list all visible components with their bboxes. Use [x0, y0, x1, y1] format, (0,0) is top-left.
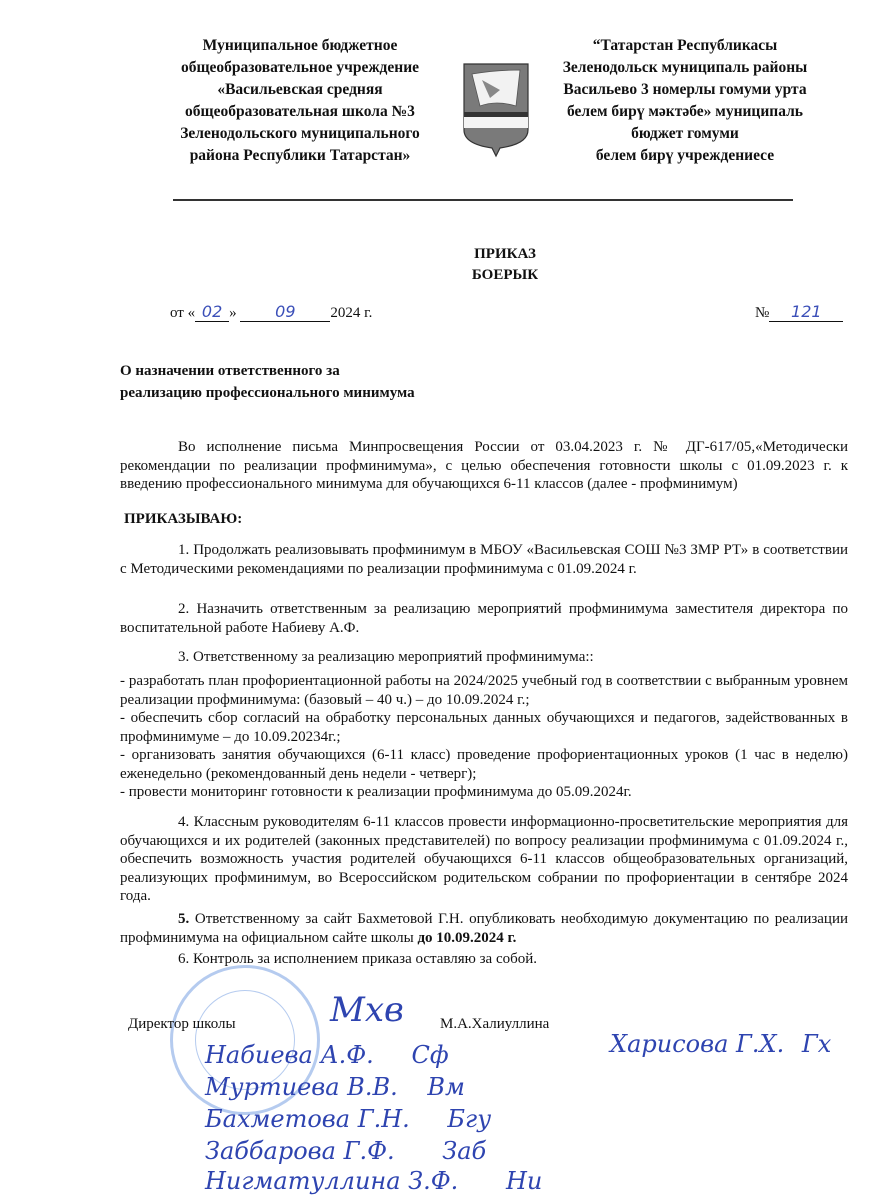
ack-name: Нигматуллина З.Ф.: [205, 1167, 458, 1195]
date-year: 2024 г.: [330, 305, 372, 321]
ack-entry: Заббарова Г.Ф. Заб: [205, 1136, 486, 1166]
order-subject: О назначении ответственного за реализаци…: [120, 360, 415, 404]
ack-name: Харисова Г.Х.: [610, 1030, 784, 1058]
bullet-item: - обеспечить сбор согласий на обработку …: [120, 709, 848, 746]
header-right-line: Зеленодольск муниципаль районы: [535, 57, 835, 79]
date-month: 09: [240, 302, 330, 322]
header-right-line: “Татарстан Республикасы: [535, 35, 835, 57]
header-left-line: общеобразовательное учреждение: [150, 57, 450, 79]
ack-name: Бахметова Г.Н.: [205, 1105, 410, 1133]
header-divider: [173, 199, 793, 201]
item-number: 5.: [178, 911, 189, 927]
signatory-title: Директор школы: [128, 1016, 236, 1033]
order-item-5: 5. Ответственному за сайт Бахметовой Г.Н…: [120, 910, 848, 947]
header-right-line: бюджет гомуми: [535, 123, 835, 145]
header-right-line: Васильево 3 номерлы гомуми урта: [535, 79, 835, 101]
item-3-bullets: - разработать план профориентационной ра…: [120, 672, 848, 802]
order-item-1: 1. Продолжать реализовывать профминимум …: [120, 541, 848, 578]
header-left-line: Зеленодольского муниципального: [150, 123, 450, 145]
item-text: Продолжать реализовывать профминимум в М…: [120, 542, 848, 577]
ack-signature: Сф: [411, 1041, 448, 1069]
signatory-name: М.А.Халиуллина: [440, 1016, 549, 1033]
item-number: 2.: [178, 601, 189, 617]
item-number: 3.: [178, 649, 189, 665]
number-prefix: №: [755, 305, 769, 321]
header-right-line: белем бирү мәктәбе» муниципаль: [535, 101, 835, 123]
ack-signature: Вм: [427, 1073, 465, 1101]
item-deadline: до 10.09.2024 г.: [417, 930, 516, 946]
header-right-line: белем бирү учреждениесе: [535, 145, 835, 167]
ack-name: Муртиева В.В.: [205, 1073, 398, 1101]
item-number: 4.: [178, 814, 189, 830]
title-tt: БОЕРЫК: [0, 265, 873, 286]
ack-entry: Нигматуллина З.Ф. Ни: [205, 1166, 542, 1196]
ack-entry-right: Харисова Г.Х. Гх: [610, 1030, 831, 1058]
preamble: Во исполнение письма Минпросвещения Росс…: [120, 438, 848, 494]
ack-entry: Набиева А.Ф. Сф: [205, 1040, 449, 1070]
ack-signature: Бгу: [447, 1105, 491, 1133]
ack-entry: Муртиева В.В. Вм: [205, 1072, 465, 1102]
order-item-4: 4. Классным руководителям 6-11 классов п…: [120, 813, 848, 906]
order-heading: ПРИКАЗЫВАЮ:: [124, 511, 242, 528]
order-number: №121: [755, 302, 843, 322]
coat-of-arms-icon: [460, 60, 532, 160]
subject-line: О назначении ответственного за: [120, 360, 415, 382]
bullet-item: - организовать занятия обучающихся (6-11…: [120, 746, 848, 783]
order-item-2: 2. Назначить ответственным за реализацию…: [120, 600, 848, 637]
item-text: Назначить ответственным за реализацию ме…: [120, 601, 848, 636]
document-title: ПРИКАЗ БОЕРЫК: [0, 244, 873, 286]
header-right-institution-tt: “Татарстан Республикасы Зеленодольск мун…: [535, 35, 835, 167]
bullet-item: - разработать план профориентационной ра…: [120, 672, 848, 709]
order-date: от «02» 092024 г.: [170, 302, 372, 322]
ack-entry: Бахметова Г.Н. Бгу: [205, 1104, 491, 1134]
number-value: 121: [769, 302, 843, 322]
header-left-institution-ru: Муниципальное бюджетное общеобразователь…: [150, 35, 450, 167]
header-left-line: «Васильевская средняя: [150, 79, 450, 101]
item-text: Классным руководителям 6-11 классов пров…: [120, 814, 848, 904]
header-left-line: района Республики Татарстан»: [150, 145, 450, 167]
ack-signature: Заб: [442, 1137, 486, 1165]
date-separator: »: [229, 305, 237, 321]
date-day: 02: [195, 302, 229, 322]
ack-signature: Гх: [802, 1030, 831, 1058]
ack-name: Набиева А.Ф.: [205, 1041, 374, 1069]
item-number: 1.: [178, 542, 189, 558]
header-left-line: Муниципальное бюджетное: [150, 35, 450, 57]
subject-line: реализацию профессионального минимума: [120, 382, 415, 404]
director-signature: Мхв: [330, 990, 404, 1030]
bullet-item: - провести мониторинг готовности к реали…: [120, 783, 848, 802]
title-ru: ПРИКАЗ: [0, 244, 873, 265]
item-number: 6.: [178, 951, 189, 967]
item-text: Ответственному за реализацию мероприятий…: [193, 649, 594, 665]
header-left-line: общеобразовательная школа №3: [150, 101, 450, 123]
date-prefix: от «: [170, 305, 195, 321]
ack-name: Заббарова Г.Ф.: [205, 1137, 395, 1165]
ack-signature: Ни: [506, 1167, 542, 1195]
order-item-3: 3. Ответственному за реализацию мероприя…: [120, 648, 848, 667]
